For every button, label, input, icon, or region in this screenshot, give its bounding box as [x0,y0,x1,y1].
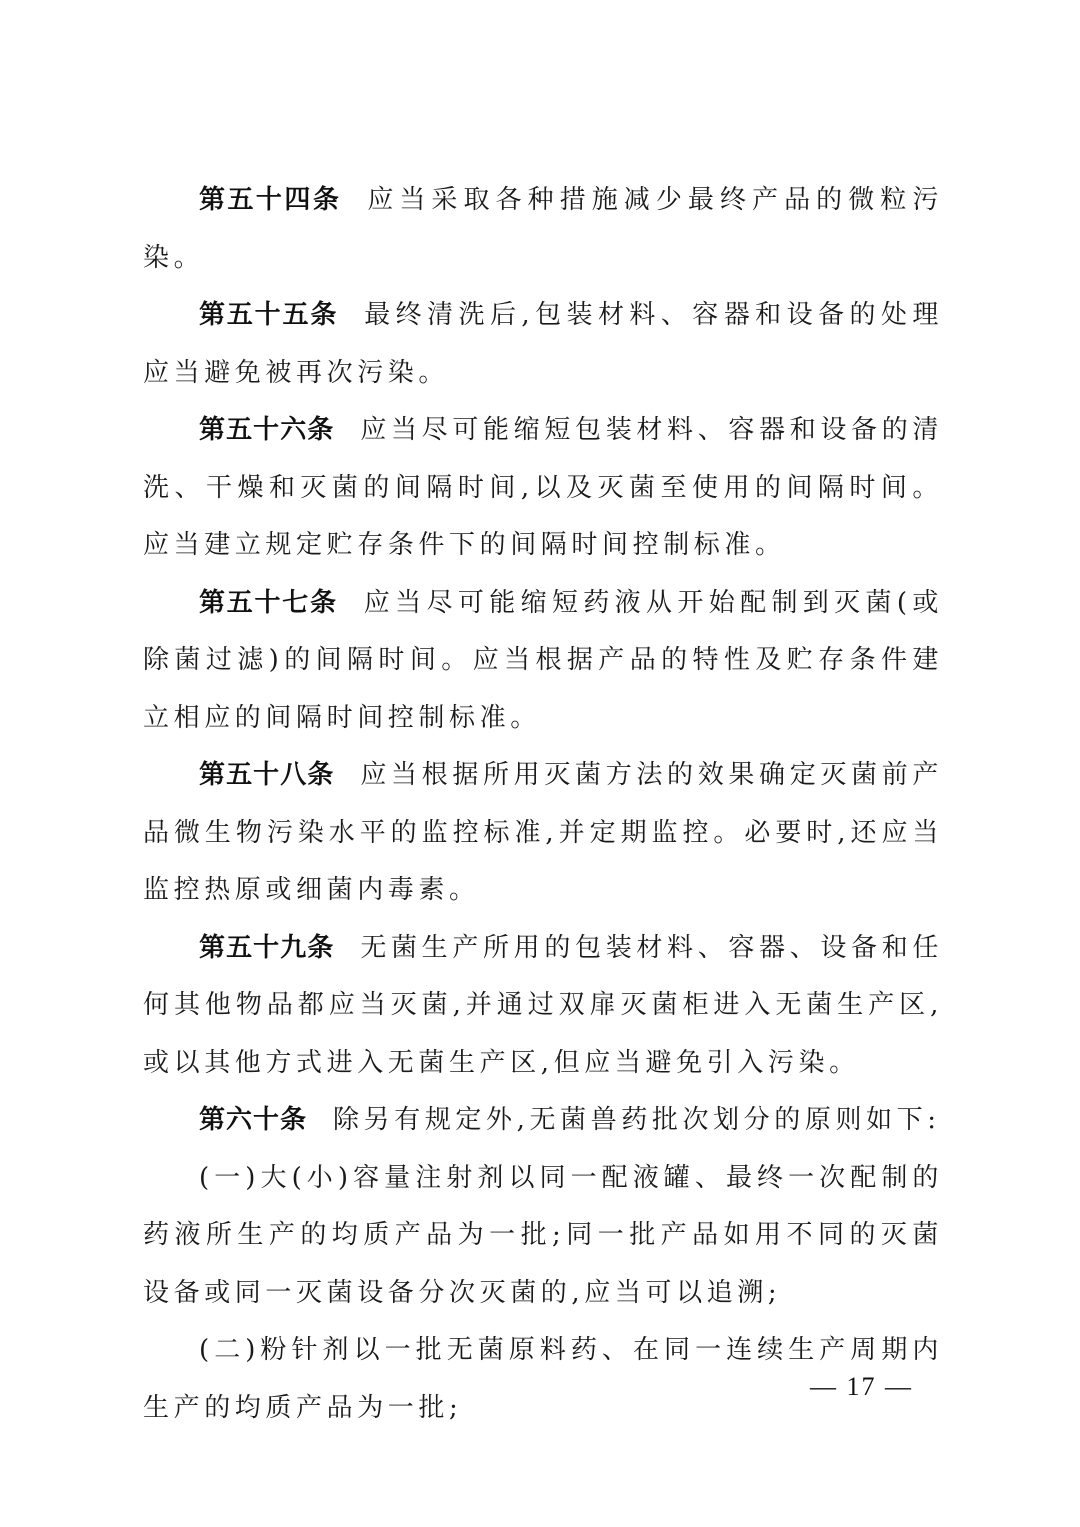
page-number: — 17 — [810,1372,913,1402]
article-58: 第五十八条应当根据所用灭菌方法的效果确定灭菌前产品微生物污染水平的监控标准,并定… [143,747,943,920]
article-number: 第五十六条 [199,415,334,445]
article-57: 第五十七条应当尽可能缩短药液从开始配制到灭菌(或除菌过滤)的间隔时间。应当根据产… [143,575,943,748]
item-text: (一)大(小)容量注射剂以同一配液罐、最终一次配制的药液所生产的均质产品为一批;… [143,1163,943,1308]
article-55: 第五十五条最终清洗后,包装材料、容器和设备的处理应当避免被再次污染。 [143,287,943,402]
document-page: 第五十四条应当采取各种措施减少最终产品的微粒污染。 第五十五条最终清洗后,包装材… [143,172,943,1437]
article-60: 第六十条除另有规定外,无菌兽药批次划分的原则如下: [143,1092,943,1150]
article-56: 第五十六条应当尽可能缩短包装材料、容器和设备的清洗、干燥和灭菌的间隔时间,以及灭… [143,402,943,575]
article-number: 第五十八条 [199,760,334,790]
article-number: 第五十四条 [199,185,341,215]
article-number: 第五十五条 [199,300,338,330]
article-text: 除另有规定外,无菌兽药批次划分的原则如下: [333,1105,941,1135]
article-number: 第五十九条 [199,933,334,963]
article-59: 第五十九条无菌生产所用的包装材料、容器、设备和任何其他物品都应当灭菌,并通过双扉… [143,920,943,1093]
article-number: 第五十七条 [199,588,338,618]
article-number: 第六十条 [199,1105,307,1135]
article-60-item-1: (一)大(小)容量注射剂以同一配液罐、最终一次配制的药液所生产的均质产品为一批;… [143,1150,943,1323]
article-54: 第五十四条应当采取各种措施减少最终产品的微粒污染。 [143,172,943,287]
